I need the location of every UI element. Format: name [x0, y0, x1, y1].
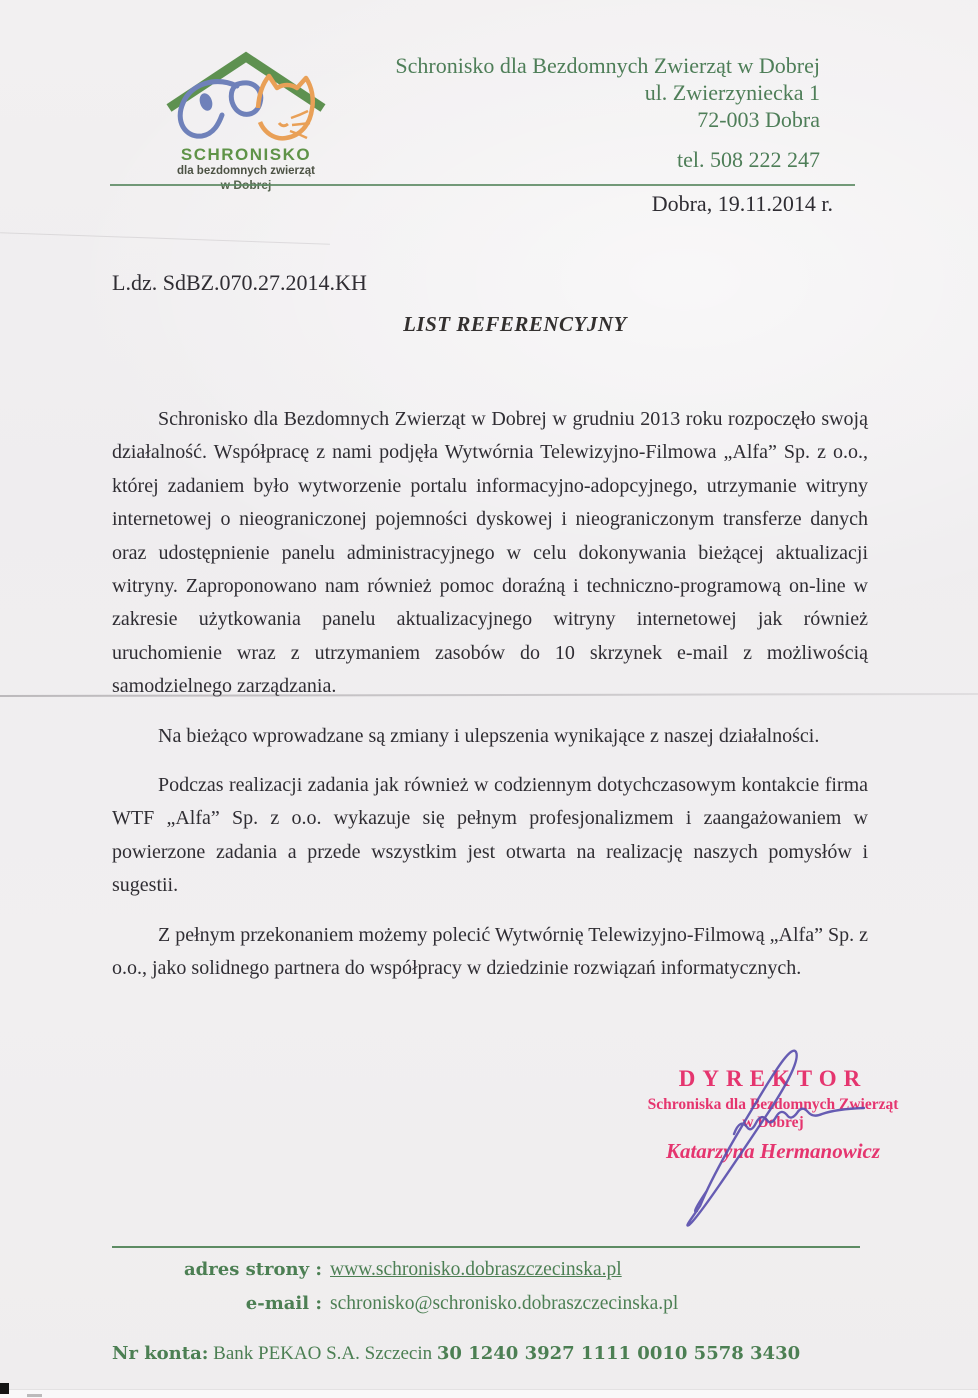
org-city: 72-003 Dobra: [395, 106, 820, 133]
scan-artifact-mark: [0, 1383, 9, 1394]
body-paragraph-4: Z pełnym przekonaniem możemy polecić Wyt…: [112, 919, 868, 986]
bank-name: Bank PEKAO S.A. Szczecin: [213, 1343, 432, 1364]
scan-artifact-mark: [27, 1394, 42, 1397]
letterhead-address-block: Schronisko dla Bezdomnych Zwierząt w Dob…: [395, 52, 820, 173]
website-row: adres strony :www.schronisko.dobraszczec…: [112, 1257, 868, 1282]
logo-title: SCHRONISKO: [158, 146, 334, 164]
bank-account-row: Nr konta: Bank PEKAO S.A. Szczecin 30 12…: [112, 1343, 868, 1365]
body-paragraph-1: Schronisko dla Bezdomnych Zwierząt w Dob…: [112, 403, 868, 704]
logo-dog-ear-icon: [231, 83, 261, 114]
body-paragraph-3: Podczas realizacji zadania jak również w…: [112, 769, 868, 903]
letterhead-divider: [110, 184, 855, 186]
shelter-logo: SCHRONISKO dla bezdomnych zwierząt w Dob…: [158, 50, 334, 193]
date-line: Dobra, 19.11.2014 r.: [652, 191, 833, 217]
logo-cat-icon: [258, 76, 313, 138]
logo-dog-eye-icon: [198, 92, 215, 113]
website-link: www.schronisko.dobraszczecinska.pl: [330, 1259, 622, 1280]
email-row: e-mail :schronisko@schronisko.dobraszcze…: [112, 1291, 868, 1316]
scanner-edge-strip: [0, 1389, 978, 1398]
bank-account-number: 30 1240 3927 1111 0010 5578 3430: [437, 1343, 800, 1364]
org-name: Schronisko dla Bezdomnych Zwierząt w Dob…: [395, 52, 820, 79]
body-paragraph-2: Na bieżąco wprowadzane są zmiany i uleps…: [112, 720, 868, 753]
document-title: LIST REFERENCYJNY: [112, 312, 918, 337]
dog-cat-house-icon: [161, 50, 331, 146]
website-label: adres strony :: [112, 1257, 322, 1282]
scanned-letter-page: SCHRONISKO dla bezdomnych zwierząt w Dob…: [0, 0, 978, 1398]
logo-subtitle: dla bezdomnych zwierząt: [158, 164, 334, 178]
reference-number: L.dz. SdBZ.070.27.2014.KH: [112, 270, 367, 296]
bank-account-label: Nr konta:: [112, 1343, 208, 1364]
logo-cat-mouth-icon: [279, 123, 288, 126]
org-phone: tel. 508 222 247: [395, 146, 820, 173]
paper-crease-top: [0, 232, 330, 245]
footer-divider: [112, 1246, 860, 1248]
org-street: ul. Zwierzyniecka 1: [395, 79, 820, 106]
footer: adres strony :www.schronisko.dobraszczec…: [112, 1246, 868, 1365]
email-label: e-mail :: [112, 1291, 322, 1316]
handwritten-signature: [648, 1022, 898, 1232]
email-address: schronisko@schronisko.dobraszczecinska.p…: [330, 1293, 678, 1314]
